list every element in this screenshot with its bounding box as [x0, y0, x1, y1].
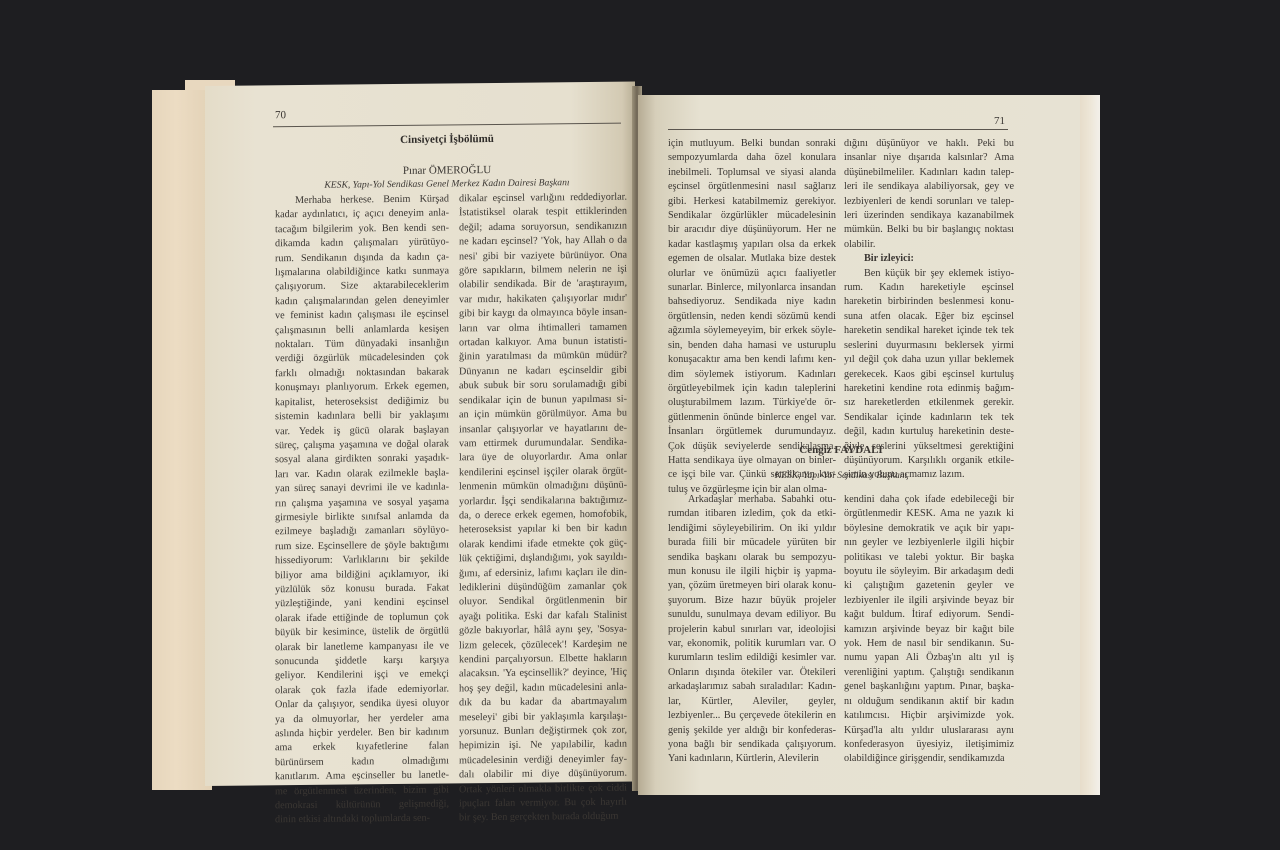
text-line: lenmenin mümkün olmadığını düşünü-: [459, 479, 627, 495]
text-line: oluyor. Sendikal örgütlenmenin bir: [459, 594, 627, 610]
page-number-left: 70: [275, 109, 286, 121]
page-number-right: 71: [994, 115, 1005, 127]
text-line: ezilmeye başladığı zamanları söylüyo-: [275, 524, 449, 540]
text-line: lezbiyenler... Bu çerçevede ötekilerin e…: [668, 709, 836, 723]
text-line: düşünüyorum. Karşılıklı organik etkile-: [844, 454, 1014, 468]
text-line: gütlenmenin önünde binlerce engel var.: [668, 411, 836, 425]
text-line: abuk subuk bir soru sorulamadığı gibi: [459, 378, 627, 394]
author-name: Pınar ÖMEROĞLU: [273, 163, 621, 179]
text-line: heteroseksist yapılar ki ben bir kadın: [459, 522, 627, 538]
text-line: katılımcısı. Hiçbir arşivimizde yok.: [844, 709, 1014, 723]
text-line: kamızın arşivinde beyaz bir kağıt bile: [844, 623, 1014, 637]
text-line: yona bağlı bir sendikada çalışıyorum.: [668, 738, 836, 752]
header-rule: [668, 129, 1008, 130]
text-line: İnsanları örgütlemek durumundayız.: [668, 425, 836, 439]
text-line: dikamda kadın çalışmaları yürütüyo-: [275, 236, 449, 252]
text-line: egemen de olsalar. Mutlaka bize destek: [668, 252, 836, 266]
right-page: 71 için mutluyum. Belki bundan sonrakise…: [638, 95, 1080, 795]
text-line: leri ile sendikaya alabiliyorsak, gey ve: [844, 180, 1014, 194]
text-line: bahsediyoruz. Sendikada niye kadın: [668, 295, 836, 309]
text-line: genel başkanlığını yaptım. Pınar, başka-: [844, 680, 1014, 694]
header-rule: [273, 123, 621, 128]
text-line: burada fiili bir mücadele yürüten bir: [668, 536, 836, 550]
text-line: gibi bir kaygı da olmayınca böyle insan-: [459, 306, 627, 322]
text-line: olabilir sendikada. Bir de 'araştırayım,: [459, 277, 627, 293]
text-line: inebilmeli. Toplumsal ve siyasi alanda: [668, 166, 836, 180]
text-line: lendiğimi söyleyebilirim. On iki yıldır: [668, 522, 836, 536]
text-line: yüzleştiğinde, yani kendini eşcinsel: [275, 596, 449, 612]
author-affiliation: KESK, Yapı-Yol Sendikası Genel Merkez Ka…: [273, 177, 621, 192]
text-line: dim söylemek istiyorum. Kadınları: [668, 368, 836, 382]
text-line: gerekecek. Kaos gibi eşcinsel kurtuluş: [844, 368, 1014, 382]
text-line: dinin etkisi altındaki toplumlarda sen-: [275, 812, 449, 828]
text-line: kağıt buldum. İtiraf ediyorum. Sendi-: [844, 608, 1014, 622]
text-line: verenliğini yaptım. Çalıştığı sendikanın: [844, 666, 1014, 680]
text-line: alacaksın. 'Ya eşcinsellik?' deyince, 'H…: [459, 666, 627, 682]
text-line: olurlar ve önümüzü açıcı faaliyetler: [668, 267, 836, 281]
text-line: sosyal alana girdikten sonraki yaşadık-: [275, 452, 449, 468]
text-line: politikası ve talebi yoktur. Bir başka: [844, 551, 1014, 565]
speaker-subhead: Bir izleyici:: [844, 252, 1014, 266]
text-line: sendika başkanı olarak bu sempozyu-: [668, 551, 836, 565]
text-line: geliyor. Kendilerini işçi ve emekçi: [275, 668, 449, 684]
text-line: mümkün. Belki bu bir başlangıç noktası: [844, 223, 1014, 237]
text-line: dalı olabilir mi diye düşünüyorum.: [459, 767, 627, 783]
text-line: yok. Hem de nasıl bir sendikanın. Su-: [844, 637, 1014, 651]
text-line: suna atfen olacak. Eğer biz eşcinsel: [844, 310, 1014, 324]
text-line: yan süreç sanayi devrimi ile ve kadınla-: [275, 481, 449, 497]
second-author-affiliation: KESK, Yapı-Yol Sendikası Başkanı: [668, 470, 1014, 481]
text-line: sin, benden daha hamasi ve usturuplu: [668, 339, 836, 353]
text-line: ğinin yaratılması da mümkün müdür?: [459, 349, 627, 365]
text-line: örgütlensin, neden kendi sözümü kendi: [668, 310, 836, 324]
text-line: boyutu ile söyleyim. Bir arkadaşım dedi: [844, 565, 1014, 579]
text-line: nı olduğum sendikanın aktif bir kadın: [844, 695, 1014, 709]
text-line: Onların dışında ötekiler var. Ötekileri: [668, 666, 836, 680]
text-line: lar, Kürtler, Aleviler, geyler,: [668, 695, 836, 709]
text-line: lezbiyenler ile ilgili arşivinde beyaz b…: [844, 594, 1014, 608]
text-line: lük çektiğimi, dışlandığımı, yok sayıldı…: [459, 551, 627, 567]
text-line: var, ekonomik, politik kurumları var. O: [668, 637, 836, 651]
text-line: düşünebilmeliler. Kadınları kadın talep-: [844, 166, 1014, 180]
text-line: gibi. Herkesi katabilmemiz gerekiyor.: [668, 195, 836, 209]
text-line: yıl değil çok daha uzun yıllar beklemek: [844, 353, 1014, 367]
text-line: lara üye de oluyorlardır. Ama onlar: [459, 450, 627, 466]
text-line: mun konusu ile ilgili hiçbir iş yapma-: [668, 565, 836, 579]
left-page-stack-edge: [152, 90, 212, 790]
text-line: dığını düşünüyor ve haklı. Peki bu: [844, 137, 1014, 151]
text-line: arkadaşlarımız sabah sıraladılar: Kadın-: [668, 680, 836, 694]
text-line: sunuldu, sunulmaya devam ediliyor. Bu: [668, 608, 836, 622]
text-line: bir şey. Ben gerçekten burada olduğum: [459, 810, 627, 826]
text-line: seslerini duyurmasını beklersek yirmi: [844, 339, 1014, 353]
text-line: kanıtlarım. Ama eşcinseller bu lanetle-: [275, 769, 449, 785]
text-line: ağzımla söylemeyeyim, bir erkek söyle-: [668, 324, 836, 338]
text-line: hareketin sendikal hareket içinde tek te…: [844, 324, 1014, 338]
text-line: ama erkek kıyafetlerine falan: [275, 740, 449, 756]
text-line: örgütleyebilmek için kadın taleplerini: [668, 382, 836, 396]
text-column-left-2: dikalar eşcinsel varlığını reddediyorlar…: [459, 191, 627, 827]
text-line: rum. Kadın hareketiyle eşcinsel: [844, 281, 1014, 295]
text-line: rumdan itibaren izledim, çok da etki-: [668, 507, 836, 521]
second-author-name: Cengiz FAYDALI: [668, 444, 1014, 456]
text-line: kendini daha çok ifade edebileceği bir: [844, 493, 1014, 507]
chapter-title: Cinsiyetçi İşbölümü: [273, 132, 621, 148]
text-line: numu yapan Ali Özbaş'ın altı yıl iş: [844, 651, 1014, 665]
text-line: çalışıyorum. Size aktarabileceklerim: [275, 279, 449, 295]
text-line: hareketin birbirinden beslenmesi konu-: [844, 295, 1014, 309]
text-line: yan, çözüm üretmeyen biri olarak konu-: [668, 579, 836, 593]
text-line: İstatistiksel olarak tespit ettiklerinde…: [459, 205, 627, 221]
text-line: an için mümkün görülmüyor. Ama bu: [459, 407, 627, 423]
text-line: sunarlar. Binlerce, milyonlarca insandan: [668, 281, 836, 295]
text-column-right-1-bottom: Arkadaşlar merhaba. Sabahki otu-rumdan i…: [668, 493, 836, 767]
text-line: Arkadaşlar merhaba. Sabahki otu-: [668, 493, 836, 507]
text-line: ne kadarı eşcinsel? 'Yok, hay Allah o da: [459, 234, 627, 250]
text-line: sempozyumlarda daha özel konulara: [668, 151, 836, 165]
text-line: Yani kadınların, Kürtlerin, Alevilerin: [668, 752, 836, 766]
open-book: 70 Cinsiyetçi İşbölümü Pınar ÖMEROĞLU KE…: [0, 0, 1280, 850]
text-line: gözle bakıyorlar, hâlâ aynı şey, 'Sosya-: [459, 623, 627, 639]
text-column-right-2-bottom: kendini daha çok ifade edebileceği birör…: [844, 493, 1014, 767]
text-line: için mutluyum. Belki bundan sonraki: [668, 137, 836, 151]
text-line: şuyorum. Bize hazır büyük projeler: [668, 594, 836, 608]
text-line: lezbiyenleri de kendi sorunları ve talep…: [844, 195, 1014, 209]
text-line: olabildiğince girişgendir, sendikamızda: [844, 752, 1014, 766]
text-line: böylesine demokratik ve açık bir yapı-: [844, 522, 1014, 536]
text-line: insanlar niye dışarıda kalsınlar? Ama: [844, 151, 1014, 165]
left-page: 70 Cinsiyetçi İşbölümü Pınar ÖMEROĞLU KE…: [205, 81, 635, 786]
text-line: Onlar da çalışıyor, sendika üyesi oluyor: [275, 697, 449, 713]
text-line: eşcinsel örgütlenmesini nasıl sağlarız: [668, 180, 836, 194]
text-line: projelerin kabul sınırları var, ideoloji…: [668, 623, 836, 637]
text-column-left-1: Merhaba herkese. Benim Kürşadkadar aydın…: [275, 192, 449, 828]
text-line: bir aracıdır diye düşünüyorum. Her ne: [668, 223, 836, 237]
text-line: insanlar çalışıyorlar ve hayatlarını de-: [459, 421, 627, 437]
text-line: ki çalıştığım gazetenin geyler ve: [844, 579, 1014, 593]
text-line: sız hareketlerden etkilenmek gerekir.: [844, 396, 1014, 410]
text-line: örgütlenmedir KESK. Ama ne yazık ki: [844, 507, 1014, 521]
text-line: hepimizin işi. Ne yapılabilir, kadın: [459, 738, 627, 754]
text-line: geniş şekilde yer aldığı bir konfederas-: [668, 724, 836, 738]
text-line: olabilir.: [844, 238, 1014, 252]
text-line: leri üzerinden sendikaya kazanabilmek: [844, 209, 1014, 223]
text-line: hareketini kendine rota edinmiş bağım-: [844, 382, 1014, 396]
text-line: konuşmayı planlıyorum. Erkek egemen,: [275, 380, 449, 396]
text-line: dık da bu kadar da abartmayalım: [459, 695, 627, 711]
text-line: konfederasyon üyesiyiz, iletişimimiz: [844, 738, 1014, 752]
text-line: hissediyorum: Varlıklarını bir şekilde: [275, 553, 449, 569]
text-line: Ben küçük bir şey eklemek istiyo-: [844, 267, 1014, 281]
text-line: nın geyler ve lezbiyenlerle ilgili hiçbi…: [844, 536, 1014, 550]
text-line: Kürşad'la altı yıldır uluslararası aynı: [844, 724, 1014, 738]
text-line: Sendikalar içinde kadınların tek tek: [844, 411, 1014, 425]
text-line: kadar aydınlatıcı, iç açıcı deneyim anla…: [275, 207, 449, 223]
text-line: kurumların teslim edildiği kesimler var.: [668, 651, 836, 665]
text-line: ve feminist kadın çalışması ile eşcinsel: [275, 308, 449, 324]
text-column-right-2-top: dığını düşünüyor ve haklı. Peki buinsanl…: [844, 137, 1014, 483]
text-line: konuşacaktır ama ben kendi lafımı ken-: [668, 353, 836, 367]
text-line: büyük bir kesimince, üstelik de örgütlü: [275, 625, 449, 641]
text-line: Hatta sendikaya üye olmayan on binler-: [668, 454, 836, 468]
text-line: sistemin kadınlara belli bir yaklaşımı: [275, 409, 449, 425]
text-line: Sendikalar özgürlükler mücadelesinin: [668, 209, 836, 223]
text-line: oluşturabilmem lazım. Türkiye'de ör-: [668, 396, 836, 410]
text-line: değil, kadın kurtuluş hareketinin deste-: [844, 425, 1014, 439]
text-line: kadar kastlaşmış yapıları olsa da erkek: [668, 238, 836, 252]
